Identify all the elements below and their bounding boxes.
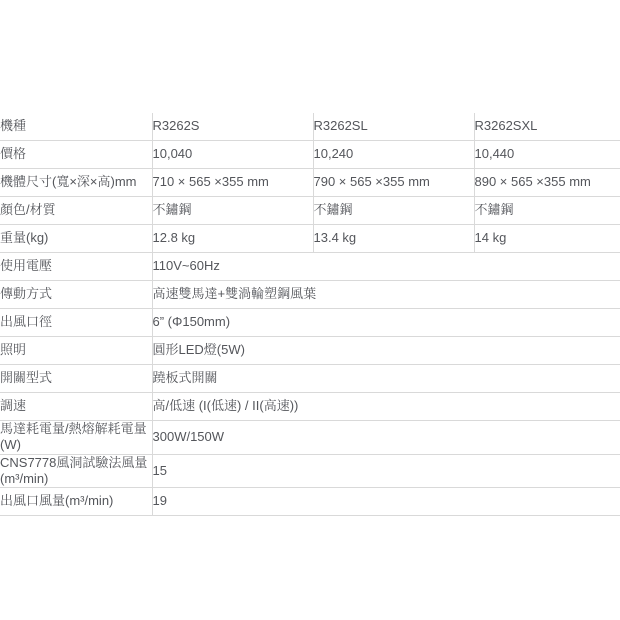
row-label: 出風口風量(m³/min) <box>0 488 152 516</box>
table-row: 傳動方式高速雙馬達+雙渦輪塑鋼風葉 <box>0 281 620 309</box>
row-value: 不鏽鋼 <box>313 197 474 225</box>
row-value: 710 × 565 ×355 mm <box>152 169 313 197</box>
table-row: 機體尺寸(寬×深×高)mm710 × 565 ×355 mm790 × 565 … <box>0 169 620 197</box>
row-value: 14 kg <box>474 225 620 253</box>
row-label: 調速 <box>0 393 152 421</box>
row-label: 價格 <box>0 141 152 169</box>
row-value: 不鏽鋼 <box>474 197 620 225</box>
row-value: R3262SXL <box>474 113 620 141</box>
row-value: 15 <box>152 454 620 488</box>
table-row: CNS7778風洞試驗法風量(m³/min)15 <box>0 454 620 488</box>
row-value: 300W/150W <box>152 421 620 455</box>
row-value: 6” (Φ150mm) <box>152 309 620 337</box>
table-row: 照明圓形LED燈(5W) <box>0 337 620 365</box>
row-value: 10,240 <box>313 141 474 169</box>
row-label: 開關型式 <box>0 365 152 393</box>
table-row: 機種R3262SR3262SLR3262SXL <box>0 113 620 141</box>
row-value: 高/低速 (I(低速) / II(高速)) <box>152 393 620 421</box>
row-value: 19 <box>152 488 620 516</box>
table-row: 價格10,04010,24010,440 <box>0 141 620 169</box>
row-label: 機體尺寸(寬×深×高)mm <box>0 169 152 197</box>
row-value: 10,440 <box>474 141 620 169</box>
row-value: 蹺板式開關 <box>152 365 620 393</box>
row-value: 890 × 565 ×355 mm <box>474 169 620 197</box>
row-label: 馬達耗電量/熱熔解耗電量(W) <box>0 421 152 455</box>
spec-table-body: 機種R3262SR3262SLR3262SXL價格10,04010,24010,… <box>0 113 620 516</box>
row-label: CNS7778風洞試驗法風量(m³/min) <box>0 454 152 488</box>
table-row: 使用電壓110V~60Hz <box>0 253 620 281</box>
table-row: 重量(kg)12.8 kg13.4 kg14 kg <box>0 225 620 253</box>
row-value: 790 × 565 ×355 mm <box>313 169 474 197</box>
row-value: 10,040 <box>152 141 313 169</box>
row-value: 圓形LED燈(5W) <box>152 337 620 365</box>
table-row: 調速高/低速 (I(低速) / II(高速)) <box>0 393 620 421</box>
row-value: R3262S <box>152 113 313 141</box>
row-label: 出風口徑 <box>0 309 152 337</box>
table-row: 顏色/材質不鏽鋼不鏽鋼不鏽鋼 <box>0 197 620 225</box>
row-label: 機種 <box>0 113 152 141</box>
row-label: 顏色/材質 <box>0 197 152 225</box>
row-value: 110V~60Hz <box>152 253 620 281</box>
table-row: 馬達耗電量/熱熔解耗電量(W)300W/150W <box>0 421 620 455</box>
spec-page: 機種R3262SR3262SLR3262SXL價格10,04010,24010,… <box>0 0 620 620</box>
table-row: 出風口徑6” (Φ150mm) <box>0 309 620 337</box>
row-label: 重量(kg) <box>0 225 152 253</box>
table-row: 出風口風量(m³/min)19 <box>0 488 620 516</box>
row-label: 使用電壓 <box>0 253 152 281</box>
spec-table: 機種R3262SR3262SLR3262SXL價格10,04010,24010,… <box>0 113 620 516</box>
row-value: R3262SL <box>313 113 474 141</box>
row-value: 不鏽鋼 <box>152 197 313 225</box>
row-value: 高速雙馬達+雙渦輪塑鋼風葉 <box>152 281 620 309</box>
row-label: 傳動方式 <box>0 281 152 309</box>
row-value: 12.8 kg <box>152 225 313 253</box>
row-value: 13.4 kg <box>313 225 474 253</box>
page-background: { "page": { "background_color": "#ffffff… <box>0 0 620 620</box>
row-label: 照明 <box>0 337 152 365</box>
table-row: 開關型式蹺板式開關 <box>0 365 620 393</box>
